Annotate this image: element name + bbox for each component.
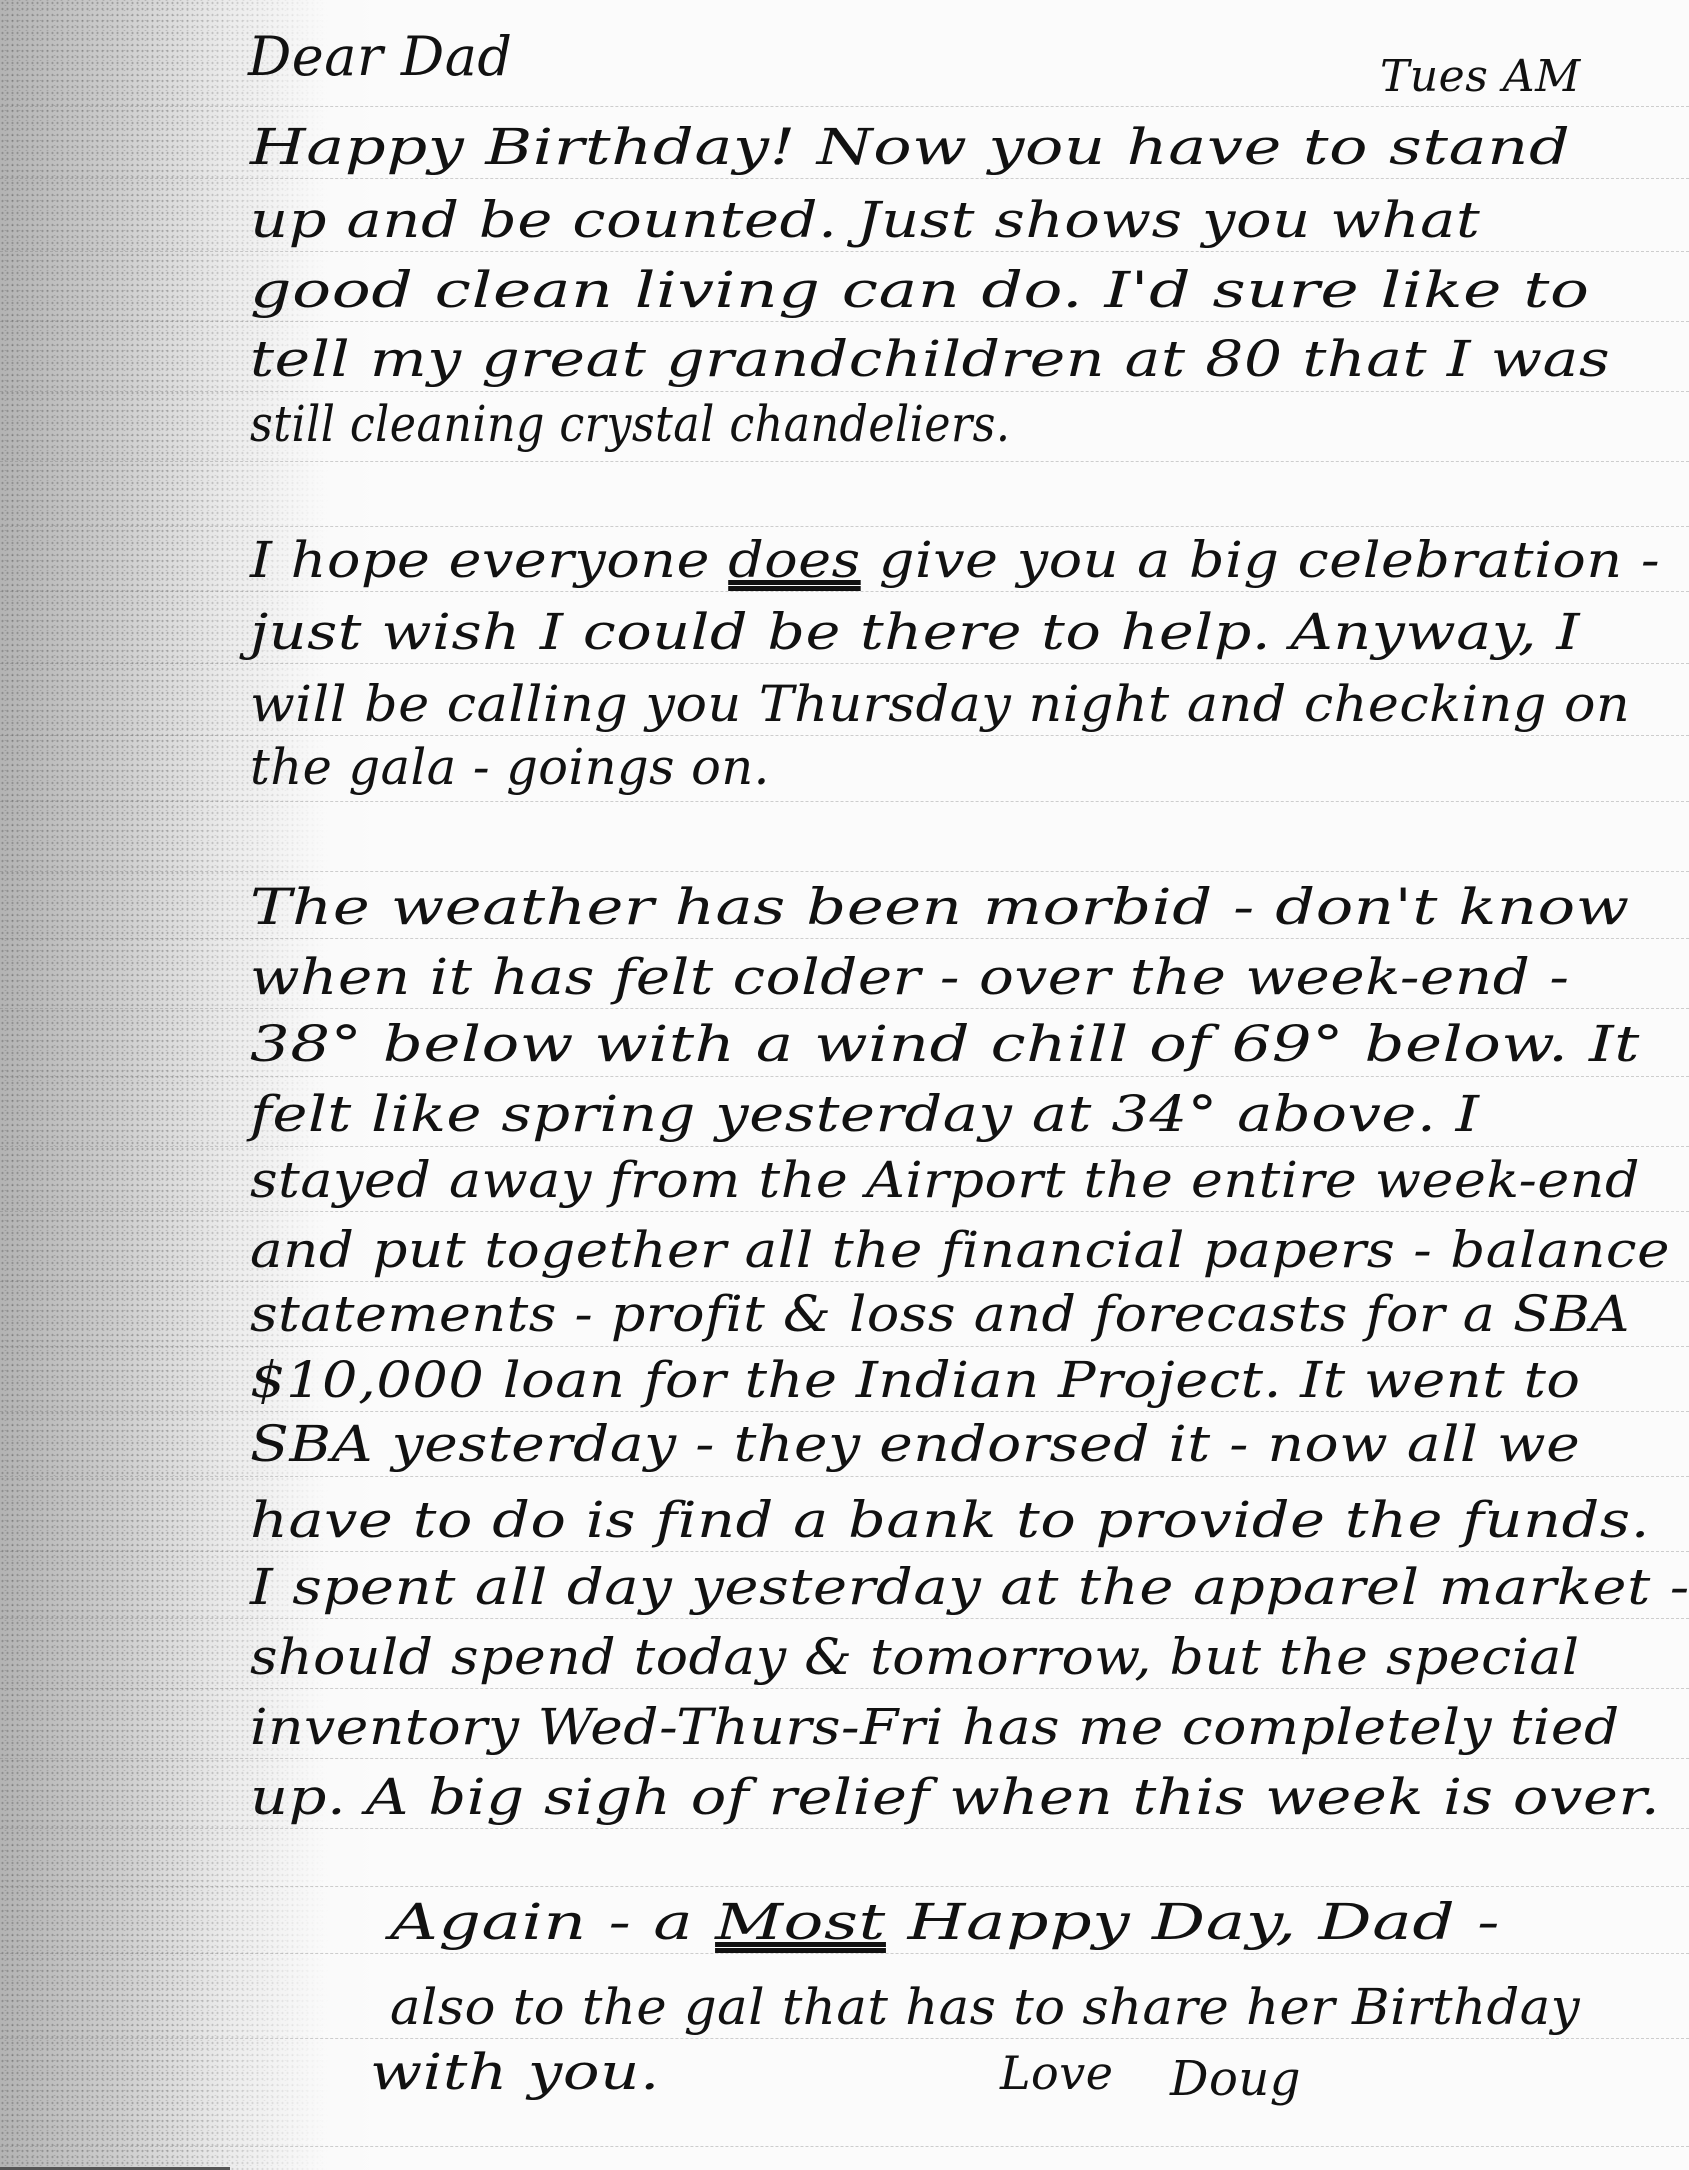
ruled-line <box>0 1618 1689 1619</box>
letter-line: when it has felt colder - over the week-… <box>250 952 1570 1002</box>
closing: Love <box>1000 2050 1113 2096</box>
ruled-line <box>0 391 1689 392</box>
letter-line: felt like spring yesterday at 34° above.… <box>250 1089 1480 1139</box>
ruled-line <box>0 178 1689 179</box>
letter-line: up and be counted. Just shows you what <box>250 195 1480 245</box>
letter-line: with you. <box>370 2047 660 2097</box>
ruled-line <box>0 1688 1689 1689</box>
letter-line: inventory Wed-Thurs-Fri has me completel… <box>250 1702 1620 1752</box>
underlined-word: Most <box>715 1893 886 1951</box>
letter-line: up. A big sigh of relief when this week … <box>250 1772 1660 1822</box>
underlined-word: does <box>728 531 860 589</box>
signature: Doug <box>1170 2055 1301 2103</box>
ruled-line <box>0 1758 1689 1759</box>
ruled-line <box>0 1828 1689 1829</box>
ruled-line <box>0 1551 1689 1552</box>
ruled-line <box>0 1076 1689 1077</box>
letter-line: Again - a Most Happy Day, Dad - <box>390 1897 1500 1947</box>
letter-line: The weather has been morbid - don't know <box>250 882 1630 932</box>
ruled-line <box>0 461 1689 462</box>
ruled-line <box>0 1953 1689 1954</box>
ruled-line <box>0 1146 1689 1147</box>
date-note: Tues AM <box>1380 55 1581 99</box>
letter-line: will be calling you Thursday night and c… <box>250 679 1630 729</box>
letter-line: I hope everyone does give you a big cele… <box>250 535 1660 585</box>
ruled-line <box>0 2146 1689 2147</box>
letter-line: should spend today & tomorrow, but the s… <box>250 1632 1580 1682</box>
ruled-line <box>0 251 1689 252</box>
ruled-line <box>0 801 1689 802</box>
letter-line: also to the gal that has to share her Bi… <box>390 1982 1580 2032</box>
ruled-line <box>0 663 1689 664</box>
ruled-line <box>0 1281 1689 1282</box>
ruled-line <box>0 1008 1689 1009</box>
letter-line: still cleaning crystal chandeliers. <box>250 399 1010 449</box>
letter-line: $10,000 loan for the Indian Project. It … <box>250 1355 1581 1405</box>
letter-line: SBA yesterday - they endorsed it - now a… <box>250 1419 1580 1469</box>
ruled-line <box>0 321 1689 322</box>
salutation: Dear Dad <box>248 30 512 84</box>
ruled-line <box>0 1476 1689 1477</box>
ruled-line <box>0 526 1689 527</box>
ruled-line <box>0 2038 1689 2039</box>
ruled-line <box>0 1411 1689 1412</box>
letter-line: have to do is find a bank to provide the… <box>250 1495 1650 1545</box>
ruled-line <box>0 1346 1689 1347</box>
ruled-line <box>0 735 1689 736</box>
letter-line: stayed away from the Airport the entire … <box>250 1155 1640 1205</box>
ruled-line <box>0 106 1689 107</box>
letter-line: the gala - goings on. <box>250 742 770 792</box>
letter-line: and put together all the financial paper… <box>250 1225 1670 1275</box>
letter-line: 38° below with a wind chill of 69° below… <box>250 1019 1640 1069</box>
letter-line: just wish I could be there to help. Anyw… <box>250 607 1580 657</box>
ruled-line <box>0 591 1689 592</box>
letter-line: I spent all day yesterday at the apparel… <box>250 1562 1689 1612</box>
ruled-line <box>0 871 1689 872</box>
letter-line: good clean living can do. I'd sure like … <box>250 265 1590 315</box>
ruled-line <box>0 1886 1689 1887</box>
ruled-line <box>0 1211 1689 1212</box>
letter-line: tell my great grandchildren at 80 that I… <box>250 334 1610 384</box>
letter-page: Dear Dad Tues AM Happy Birthday! Now you… <box>0 0 1689 2170</box>
letter-line: Happy Birthday! Now you have to stand <box>250 122 1570 172</box>
ruled-line <box>0 938 1689 939</box>
letter-line: statements - profit & loss and forecasts… <box>250 1289 1630 1339</box>
